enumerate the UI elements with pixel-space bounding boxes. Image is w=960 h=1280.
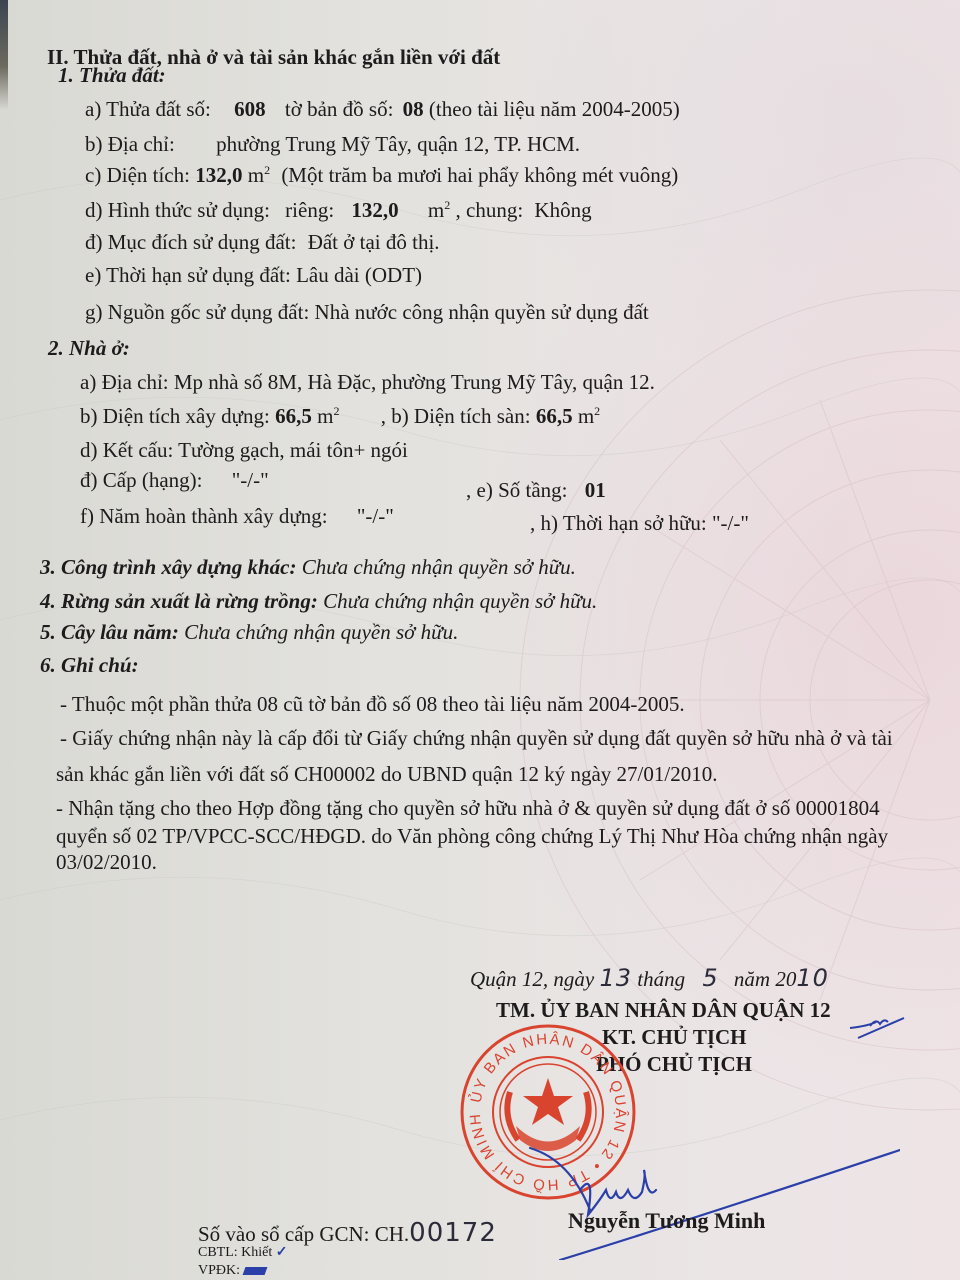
- other-asset-forest: 4. Rừng sản xuất là rừng trồng: Chưa chứ…: [40, 591, 597, 612]
- signing-month: 5: [702, 964, 718, 992]
- usage-private-unit-sup: 2: [444, 198, 450, 212]
- signature-icon: [430, 1080, 900, 1260]
- origin-label: g) Nguồn gốc sử dụng đất:: [85, 300, 309, 324]
- floors-value: 01: [585, 478, 606, 502]
- term-label: e) Thời hạn sử dụng đất:: [85, 263, 291, 287]
- land-parcel-row: a) Thửa đất số: 608 tờ bản đồ số: 08 (th…: [85, 99, 680, 120]
- signer-name: Nguyễn Tương Minh: [568, 1210, 765, 1232]
- usage-private-unit: m: [428, 198, 444, 222]
- other-asset-label: 3. Công trình xây dựng khác:: [40, 555, 296, 579]
- parcel-label: a) Thửa đất số:: [85, 97, 211, 121]
- check-icon: ✓: [276, 1245, 288, 1260]
- structure-value: Tường gạch, mái tôn+ ngói: [178, 438, 408, 462]
- house-area-row: b) Diện tích xây dựng: 66,5 m2 , b) Diện…: [80, 406, 600, 427]
- floor-area-value: 66,5: [536, 404, 573, 428]
- address-label: b) Địa chỉ:: [85, 132, 175, 156]
- floors-row: , e) Số tầng: 01: [466, 480, 606, 501]
- note-line: - Thuộc một phần thửa 08 cũ tờ bản đồ số…: [60, 694, 685, 715]
- signing-year-suffix: 10: [796, 964, 829, 992]
- signing-place-prefix: Quận 12, ngày: [470, 967, 594, 991]
- signing-year-label: năm 20: [734, 967, 796, 991]
- grade-value: "-/-": [232, 468, 269, 492]
- other-asset-label: 4. Rừng sản xuất là rừng trồng:: [40, 589, 318, 613]
- address-value: phường Trung Mỹ Tây, quận 12, TP. HCM.: [216, 132, 580, 156]
- land-heading: 1. Thửa đất:: [58, 65, 166, 86]
- note-line: quyển số 02 TP/VPCC-SCC/HĐGD. do Văn phò…: [56, 826, 888, 847]
- note-line: sản khác gắn liền với đất số CH00002 do …: [56, 764, 717, 785]
- map-sheet-number: 08: [403, 97, 424, 121]
- notes-heading: 6. Ghi chú:: [40, 655, 139, 676]
- usage-private-value: 132,0: [351, 198, 398, 222]
- purpose-label: đ) Mục đích sử dụng đất:: [85, 230, 296, 254]
- other-asset-value: Chưa chứng nhận quyền sở hữu.: [184, 620, 458, 644]
- parcel-number: 608: [234, 97, 266, 121]
- initials-mark-icon: [846, 1008, 906, 1044]
- signing-authority: TM. ỦY BAN NHÂN DÂN QUẬN 12: [470, 1000, 910, 1021]
- area-unit-sup: 2: [264, 163, 270, 177]
- vpdk-label: VPĐK:: [198, 1263, 240, 1278]
- note-line: - Giấy chứng nhận này là cấp đổi từ Giấy…: [60, 728, 893, 749]
- structure-row: d) Kết cấu: Tường gạch, mái tôn+ ngói: [80, 440, 408, 461]
- purpose-value: Đất ở tại đô thị.: [308, 230, 440, 254]
- vpdk-row: VPĐK:: [198, 1264, 266, 1278]
- ownership-term-value: "-/-": [712, 511, 749, 535]
- registry-row: Số vào sổ cấp GCN: CH.00172: [198, 1220, 497, 1246]
- origin-value: Nhà nước công nhận quyền sử dụng đất: [315, 300, 649, 324]
- other-asset-value: Chưa chứng nhận quyền sở hữu.: [302, 555, 576, 579]
- ownership-term-row: , h) Thời hạn sở hữu: "-/-": [530, 513, 749, 534]
- house-address-value: Mp nhà số 8M, Hà Đặc, phường Trung Mỹ Tâ…: [174, 370, 655, 394]
- usage-shared-value: Không: [534, 198, 591, 222]
- floors-label: , e) Số tầng:: [466, 478, 567, 502]
- area-words: (Một trăm ba mươi hai phẩy không mét vuô…: [281, 163, 678, 187]
- house-address-row: a) Địa chỉ: Mp nhà số 8M, Hà Đặc, phường…: [80, 372, 655, 393]
- land-address-row: b) Địa chỉ: phường Trung Mỹ Tây, quận 12…: [85, 134, 580, 155]
- built-area-unit-sup: 2: [333, 404, 339, 418]
- floor-area-unit: m: [578, 404, 594, 428]
- term-value: Lâu dài (ODT): [296, 263, 422, 287]
- floor-area-label: , b) Diện tích sàn:: [381, 404, 531, 428]
- map-sheet-label: tờ bản đồ số:: [285, 97, 394, 121]
- origin-row: g) Nguồn gốc sử dụng đất: Nhà nước công …: [85, 302, 649, 323]
- pen-mark-icon: [242, 1267, 267, 1275]
- other-asset-perennial: 5. Cây lâu năm: Chưa chứng nhận quyền sở…: [40, 622, 458, 643]
- completion-value: "-/-": [357, 504, 394, 528]
- cbtl-label: CBTL: Khiết: [198, 1245, 272, 1260]
- signing-day: 13: [600, 964, 633, 992]
- grade-row: đ) Cấp (hạng): "-/-": [80, 470, 269, 491]
- area-label: c) Diện tích:: [85, 163, 190, 187]
- ownership-term-label: , h) Thời hạn sở hữu:: [530, 511, 707, 535]
- cbtl-row: CBTL: Khiết ✓: [198, 1246, 288, 1260]
- note-line: 03/02/2010.: [56, 852, 157, 873]
- area-unit: m: [248, 163, 264, 187]
- other-asset-label: 5. Cây lâu năm:: [40, 620, 179, 644]
- area-value: 132,0: [195, 163, 242, 187]
- structure-label: d) Kết cấu:: [80, 438, 173, 462]
- floor-area-unit-sup: 2: [594, 404, 600, 418]
- note-line: - Nhận tặng cho theo Hợp đồng tặng cho q…: [56, 798, 880, 819]
- photo-edge: [0, 0, 8, 110]
- built-area-unit: m: [317, 404, 333, 428]
- house-address-label: a) Địa chỉ:: [80, 370, 169, 394]
- other-asset-construction: 3. Công trình xây dựng khác: Chưa chứng …: [40, 557, 576, 578]
- map-sheet-note: (theo tài liệu năm 2004-2005): [429, 97, 680, 121]
- land-area-row: c) Diện tích: 132,0 m2 (Một trăm ba mươi…: [85, 165, 678, 186]
- built-area-label: b) Diện tích xây dựng:: [80, 404, 270, 428]
- completion-row: f) Năm hoàn thành xây dựng: "-/-": [80, 506, 394, 527]
- purpose-row: đ) Mục đích sử dụng đất: Đất ở tại đô th…: [85, 232, 440, 253]
- built-area-value: 66,5: [275, 404, 312, 428]
- house-heading: 2. Nhà ở:: [48, 338, 130, 359]
- completion-label: f) Năm hoàn thành xây dựng:: [80, 504, 328, 528]
- signing-month-label: tháng: [637, 967, 685, 991]
- usage-private-label: riêng:: [285, 198, 334, 222]
- signing-date: Quận 12, ngày 13 tháng 5 năm 2010: [470, 966, 829, 990]
- term-row: e) Thời hạn sử dụng đất: Lâu dài (ODT): [85, 265, 422, 286]
- grade-label: đ) Cấp (hạng):: [80, 468, 202, 492]
- registry-number: 00172: [409, 1218, 497, 1248]
- usage-shared-label: , chung:: [456, 198, 524, 222]
- usage-form-row: d) Hình thức sử dụng: riêng: 132,0 m2 , …: [85, 200, 592, 221]
- registry-label: Số vào sổ cấp GCN: CH.: [198, 1222, 409, 1246]
- other-asset-value: Chưa chứng nhận quyền sở hữu.: [323, 589, 597, 613]
- usage-form-label: d) Hình thức sử dụng:: [85, 198, 270, 222]
